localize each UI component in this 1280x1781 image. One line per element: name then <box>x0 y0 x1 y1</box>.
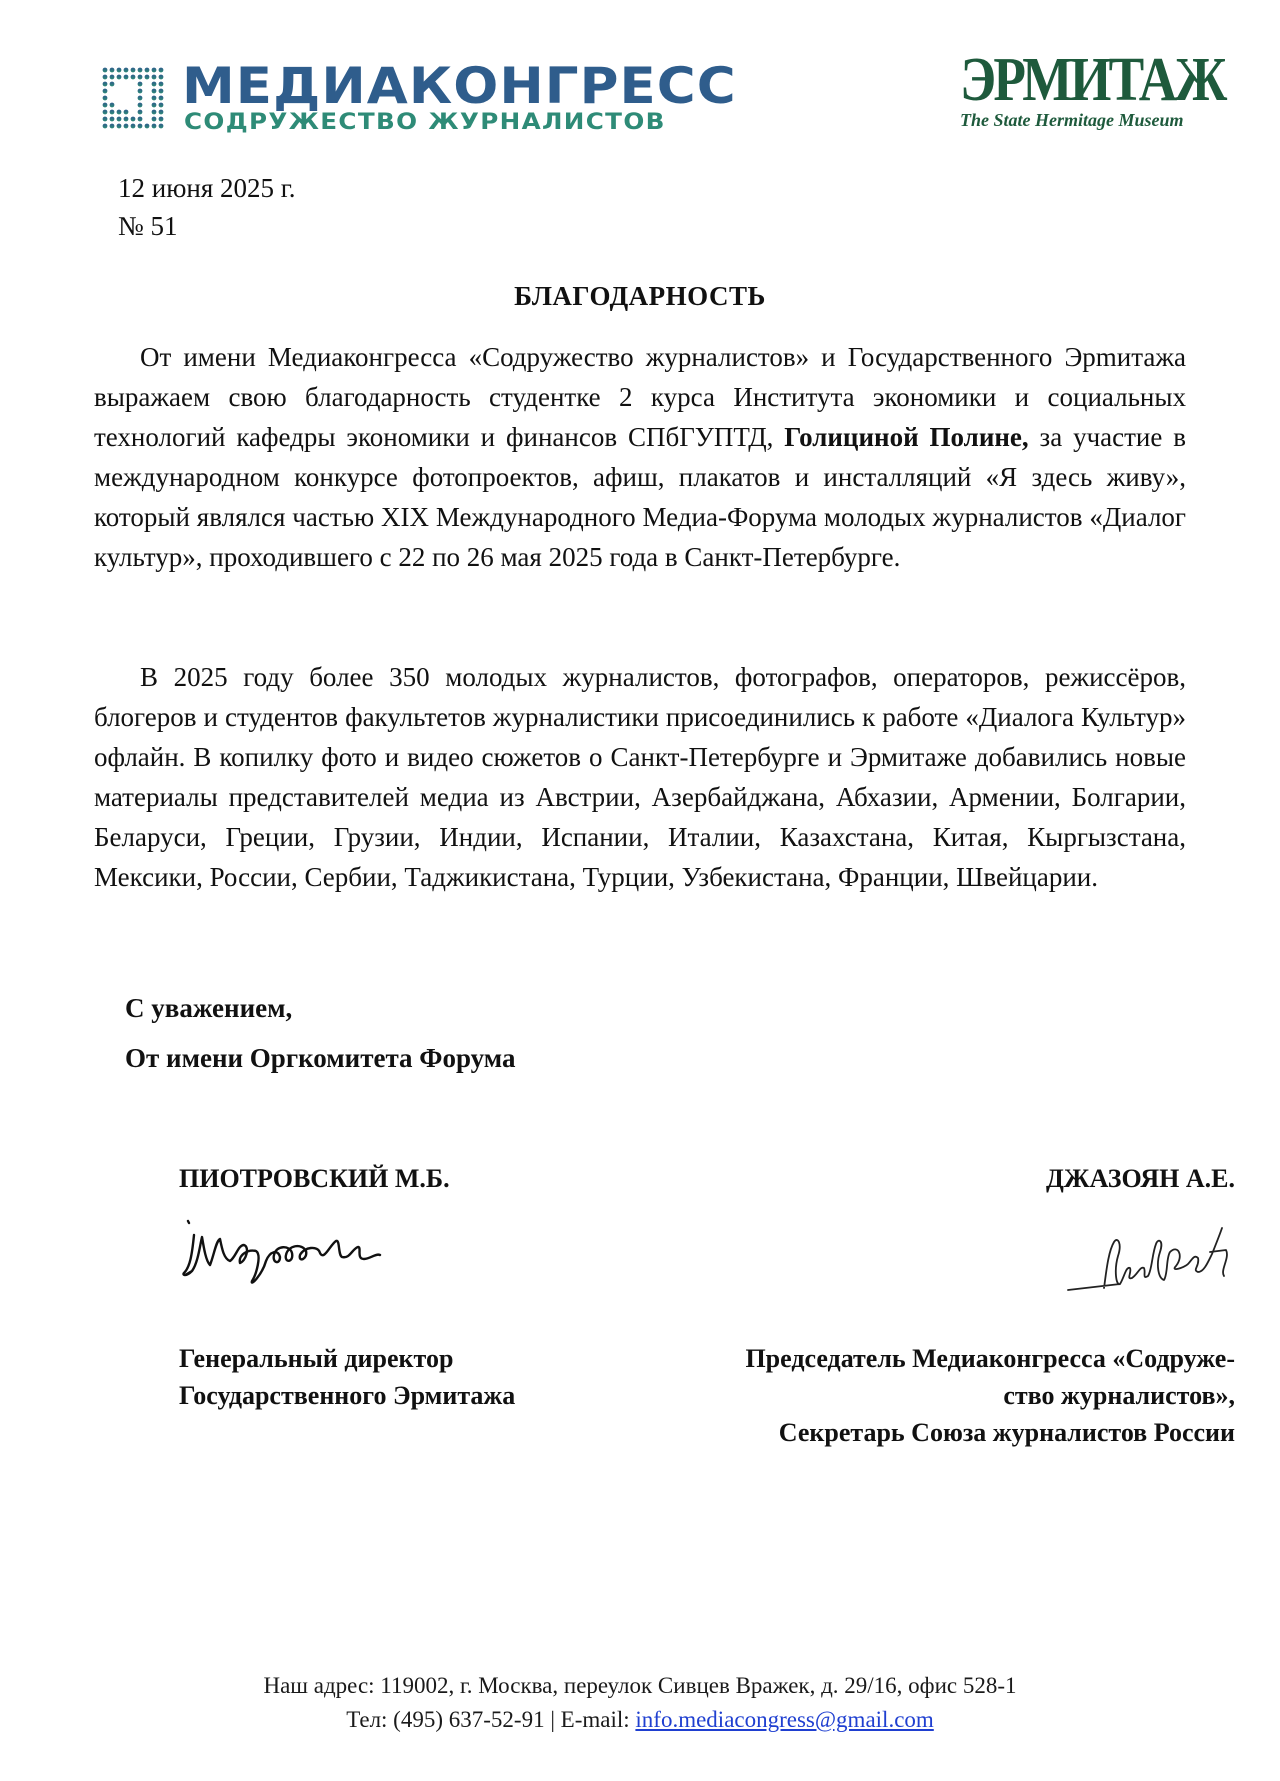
closing-regards: С уважением, <box>125 992 292 1024</box>
hermitage-title: ЭРМИТАЖ <box>960 48 1225 111</box>
signature-left-icon <box>180 1215 410 1295</box>
signer-left-name: ПИОТРОВСКИЙ М.Б. <box>179 1163 450 1195</box>
mediacongress-title: МЕДИАКОНГРЕСС <box>182 60 737 112</box>
signer-left-role-line2: Государственного Эрмитажа <box>179 1377 515 1414</box>
mediacongress-logo: МЕДИАКОНГРЕСС СОДРУЖЕСТВО ЖУРНАЛИСТОВ <box>100 64 770 136</box>
signer-left-role-line1: Генеральный директор <box>179 1340 453 1377</box>
dot-grid-logo-icon <box>102 67 164 133</box>
paragraph-participants: В 2025 году более 350 молодых журналисто… <box>94 657 1186 897</box>
signer-right-role-line1: Председатель Медиаконгресса «Содруже- <box>745 1340 1235 1377</box>
closing-org-committee: От имени Оргкомитета Форума <box>125 1042 516 1074</box>
hermitage-logo: ЭРМИТАЖ The State Hermitage Museum <box>960 48 1200 138</box>
signer-right-role-line3: Секретарь Союза журналистов России <box>779 1414 1235 1451</box>
paragraph-gratitude: От имени Медиаконгресса «Содружество жур… <box>94 337 1186 577</box>
footer-contacts: Тел: (495) 637-52-91 | E-mail: info.medi… <box>0 1704 1280 1736</box>
recipient-name: Голициной По­лине, <box>784 422 1028 452</box>
document-number: № 51 <box>118 210 178 242</box>
hermitage-subtitle: The State Hermitage Museum <box>960 110 1184 131</box>
signer-right-name: ДЖАЗОЯН А.Е. <box>1046 1163 1235 1195</box>
footer-phone: Тел: (495) 637-52-91 | E-mail: <box>346 1707 635 1732</box>
document-title: БЛАГОДАРНОСТЬ <box>0 280 1280 312</box>
mediacongress-subtitle: СОДРУЖЕСТВО ЖУРНАЛИСТОВ <box>184 111 666 135</box>
signature-right-icon <box>1060 1218 1240 1298</box>
footer-email-link[interactable]: info.mediacongress@gmail.com <box>635 1707 933 1732</box>
document-date: 12 июня 2025 г. <box>118 172 296 204</box>
signer-right-role-line2: ство журналистов», <box>1003 1377 1235 1414</box>
footer-address: Наш адрес: 119002, г. Москва, переулок С… <box>0 1670 1280 1702</box>
